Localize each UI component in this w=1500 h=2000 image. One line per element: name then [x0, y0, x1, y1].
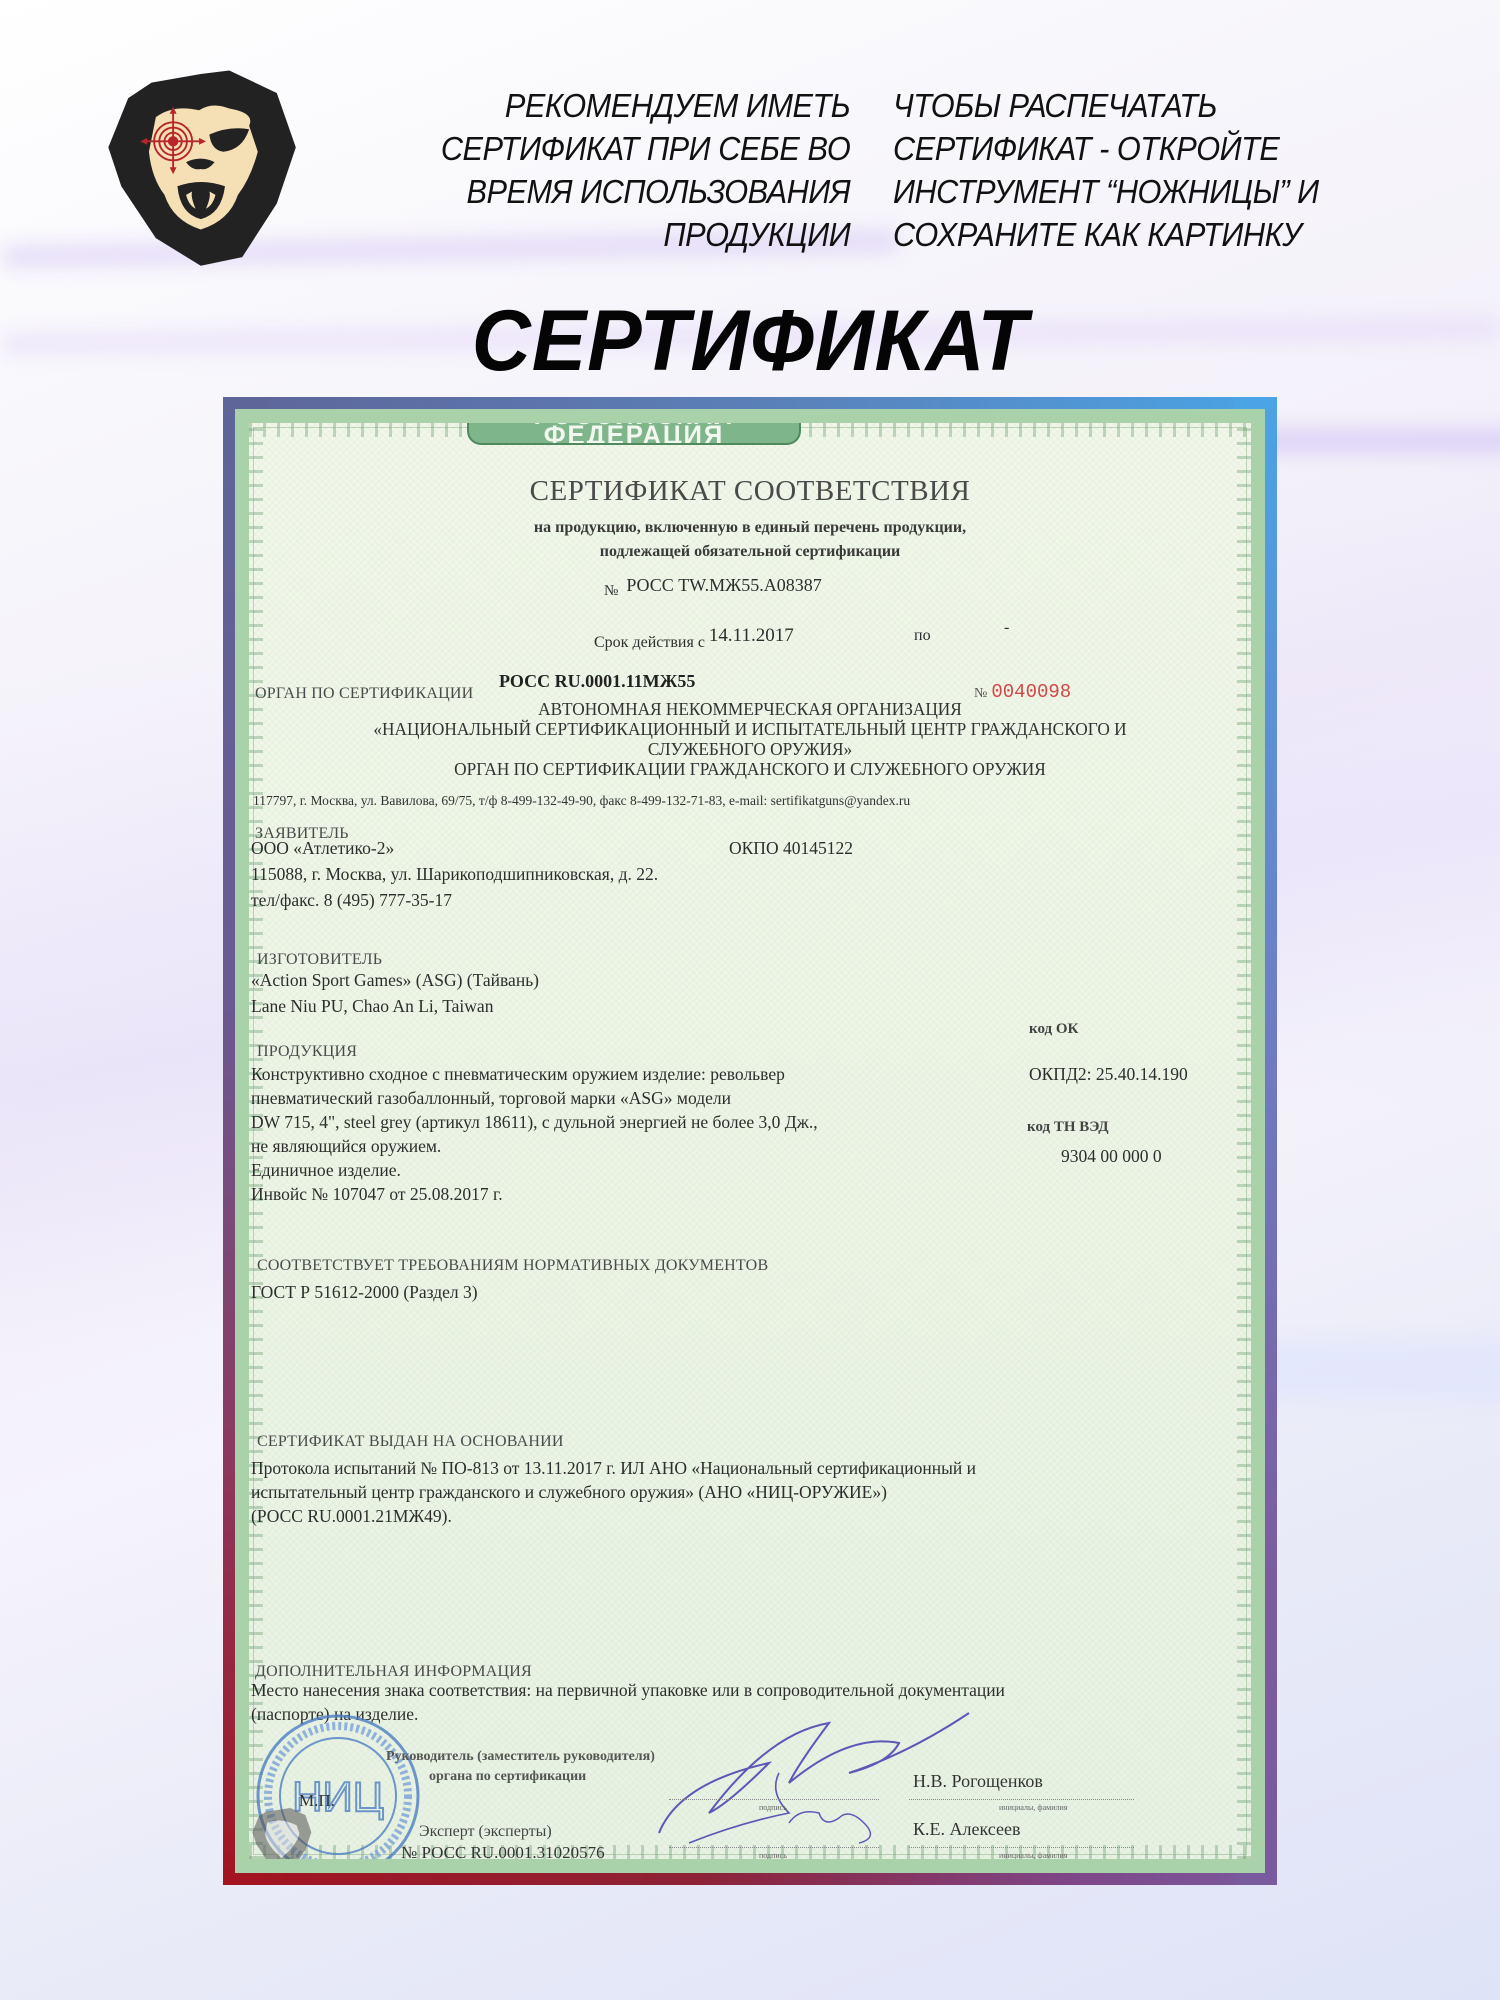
product-label: ПРОДУКЦИЯ [257, 1043, 357, 1061]
note-line: ВРЕМЯ ИСПОЛЬЗОВАНИЯ [441, 170, 850, 213]
product-line: Единичное изделие. [251, 1159, 401, 1181]
watermark-text: P●PADIV10 [249, 1871, 302, 1873]
basis-line: Протокола испытаний № ПО-813 от 13.11.20… [251, 1457, 976, 1479]
note-line: СЕРТИФИКАТ ПРИ СЕБЕ ВО [441, 127, 850, 170]
manufacturer-name: «Action Sport Games» (ASG) (Тайвань) [251, 969, 539, 991]
basis-line: испытательный центр гражданского и служе… [251, 1481, 887, 1503]
basis-line: (РОСС RU.0001.21МЖ49). [251, 1505, 452, 1527]
note-line: ПРОДУКЦИИ [441, 213, 850, 256]
validity-period: Срок действия с14.11.2017 по - [594, 625, 794, 652]
head-signatory-label: Руководитель (заместитель руководителя) [386, 1749, 655, 1765]
tnved-code-label: код ТН ВЭД [1027, 1119, 1109, 1136]
compliance-label: СООТВЕТСТВУЕТ ТРЕБОВАНИЯМ НОРМАТИВНЫХ ДО… [257, 1257, 768, 1275]
expert-number: № РОСС RU.0001.31020576 [401, 1843, 605, 1863]
compliance-standard: ГОСТ Р 51612-2000 (Раздел 3) [251, 1281, 478, 1303]
ok-code-label: код ОК [1029, 1021, 1078, 1038]
certificate-document: РОССИЙСКАЯ ФЕДЕРАЦИЯ СЕРТИФИКАТ СООТВЕТС… [235, 409, 1265, 1873]
manufacturer-label: ИЗГОТОВИТЕЛЬ [257, 951, 382, 969]
signature-caption: подпись [759, 1803, 787, 1812]
certificate-title: СЕРТИФИКАТ СООТВЕТСТВИЯ [249, 475, 1251, 508]
signature-caption: подпись [759, 1851, 787, 1860]
certificate-number: №РОСС TW.МЖ55.А08387 [604, 575, 822, 600]
note-line: СЕРТИФИКАТ - ОТКРОЙТЕ [893, 127, 1319, 170]
applicant-name: ООО «Атлетико-2» [251, 837, 394, 859]
background-streak [1240, 1340, 1500, 1400]
tnved-code-value: 9304 00 000 0 [1061, 1145, 1162, 1167]
product-line: пневматический газобаллонный, торговой м… [251, 1087, 731, 1109]
organ-details: АВТОНОМНАЯ НЕКОММЕРЧЕСКАЯ ОРГАНИЗАЦИЯ «Н… [269, 699, 1231, 779]
basis-label: СЕРТИФИКАТ ВЫДАН НА ОСНОВАНИИ [257, 1433, 564, 1451]
certificate-frame: РОССИЙСКАЯ ФЕДЕРАЦИЯ СЕРТИФИКАТ СООТВЕТС… [223, 397, 1277, 1885]
ok-code-value: ОКПД2: 25.40.14.190 [1029, 1063, 1188, 1085]
product-line: не являющийся оружием. [251, 1135, 441, 1157]
stamp-place-label: М.П. [299, 1791, 335, 1811]
lion-shield-target-icon [104, 60, 320, 278]
expert-label: Эксперт (эксперты) [419, 1823, 552, 1841]
certificate-subtitle: подлежащей обязательной сертификации [249, 543, 1251, 561]
printer-info: АО «Опцион», Москва, 2016, «Б», лицензия… [389, 1860, 912, 1871]
note-line: ЧТОБЫ РАСПЕЧАТАТЬ [893, 84, 1319, 127]
note-line: СОХРАНИТЕ КАК КАРТИНКУ [893, 213, 1319, 256]
product-line: DW 715, 4", steel grey (артикул 18611), … [251, 1111, 818, 1133]
head-signatory-label: органа по сертификации [429, 1769, 586, 1785]
applicant-address: 115088, г. Москва, ул. Шарикоподшипников… [251, 863, 658, 885]
page-title: СЕРТИФИКАТ [38, 292, 1463, 391]
note-line: РЕКОМЕНДУЕМ ИМЕТЬ [441, 84, 850, 127]
product-line: Инвойс № 107047 от 25.08.2017 г. [251, 1183, 503, 1205]
organ-code: РОСС RU.0001.11МЖ55 [499, 671, 695, 692]
watermark-lion-icon [251, 1803, 319, 1873]
note-line: ИНСТРУМЕНТ “НОЖНИЦЫ” И [893, 170, 1319, 213]
manufacturer-address: Lane Niu PU, Chao An Li, Taiwan [251, 995, 493, 1017]
product-line: Конструктивно сходное с пневматическим о… [251, 1063, 785, 1085]
applicant-okpo: ОКПО 40145122 [729, 837, 853, 859]
head-signatory-name: Н.В. Рогощенков [913, 1771, 1043, 1792]
russian-federation-banner: РОССИЙСКАЯ ФЕДЕРАЦИЯ [467, 409, 801, 445]
name-caption: инициалы, фамилия [999, 1851, 1067, 1860]
expert-name: К.Е. Алексеев [913, 1819, 1020, 1840]
print-instructions-note: ЧТОБЫ РАСПЕЧАТАТЬ СЕРТИФИКАТ - ОТКРОЙТЕ … [893, 84, 1319, 256]
name-caption: инициалы, фамилия [999, 1803, 1067, 1812]
organ-address: 117797, г. Москва, ул. Вавилова, 69/75, … [253, 793, 910, 809]
certificate-subtitle: на продукцию, включенную в единый перече… [249, 519, 1251, 537]
applicant-phone: тел/факс. 8 (495) 777-35-17 [251, 889, 452, 911]
recommendation-note: РЕКОМЕНДУЕМ ИМЕТЬ СЕРТИФИКАТ ПРИ СЕБЕ ВО… [441, 84, 850, 256]
